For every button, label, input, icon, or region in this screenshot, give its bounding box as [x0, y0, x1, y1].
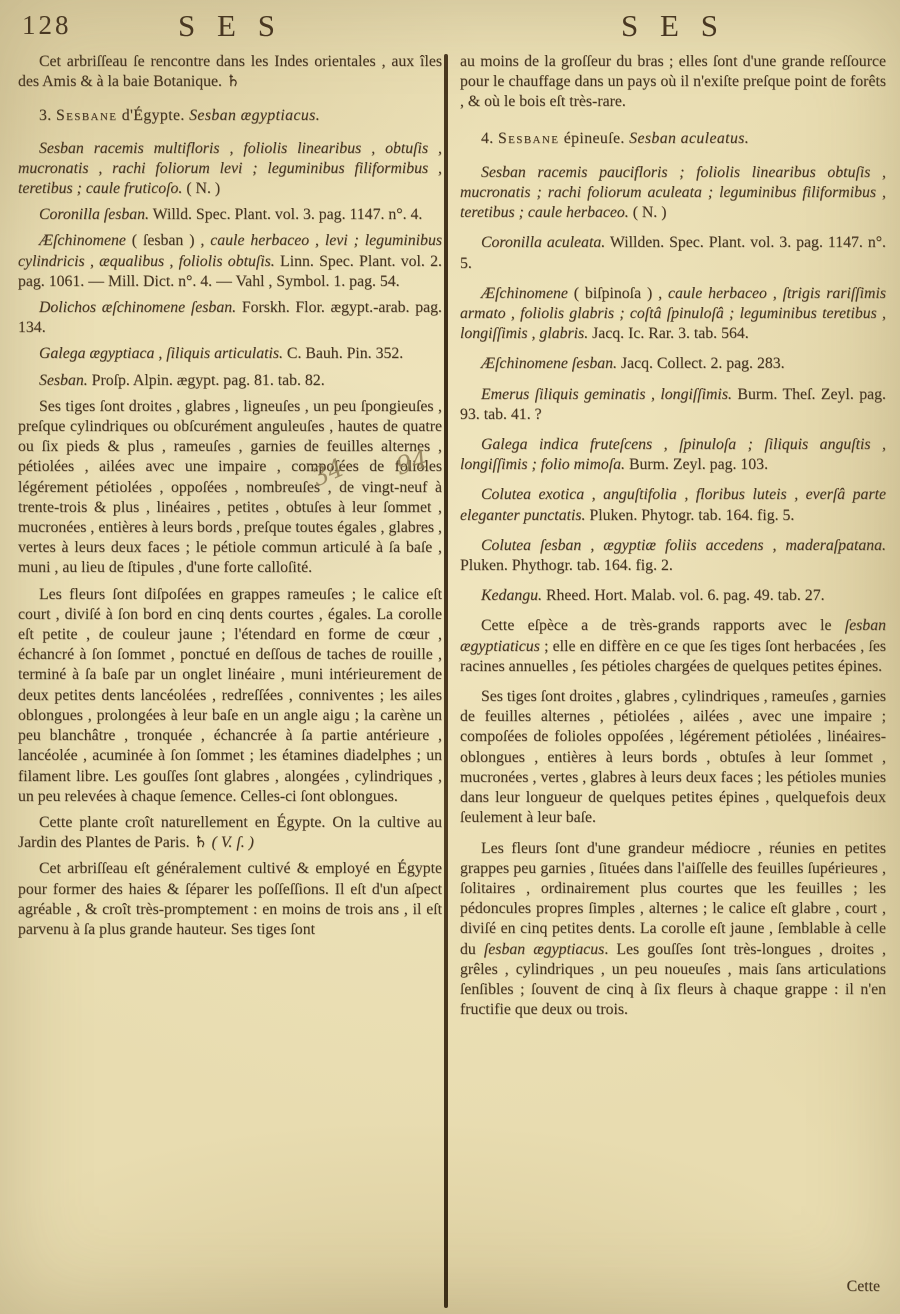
- text-segment: Sesbane: [498, 130, 559, 147]
- text-segment: Cet arbriſſeau ſe rencontre dans les Ind…: [18, 53, 442, 90]
- paragraph: Æſchinomene ( biſpinoſa ) , caule herbac…: [460, 284, 886, 345]
- species-heading: 3. Sesbane d'Égypte. Sesban ægyptiacus.: [18, 106, 442, 126]
- species-heading: 4. Sesbane épineuſe. Sesban aculeatus.: [460, 129, 886, 149]
- text-segment: Pluken. Phytogr. tab. 164. fig. 5.: [585, 507, 794, 524]
- paragraph: Æſchinomene ( ſesban ) , caule herbaceo …: [18, 231, 442, 292]
- text-segment: Sesban ægyptiacus.: [189, 107, 320, 124]
- paragraph: au moins de la groſſeur du bras ; elles …: [460, 52, 886, 113]
- text-segment: 3.: [39, 107, 56, 124]
- catchword: Cette: [460, 1278, 880, 1296]
- text-segment: Æſchinomene ſesban.: [481, 355, 617, 372]
- text-segment: Jacq. Ic. Rar. 3. tab. 564.: [588, 325, 749, 342]
- text-segment: Cet arbriſſeau eſt généralement cultivé …: [18, 860, 442, 938]
- text-segment: C. Bauh. Pin. 352.: [283, 345, 403, 362]
- left-column: Cet arbriſſeau ſe rencontre dans les Ind…: [18, 52, 442, 946]
- text-segment: ( V. ſ. ): [212, 834, 254, 851]
- text-segment: ( ſesban ): [132, 232, 195, 249]
- text-segment: Willd. Spec. Plant. vol. 3. pag. 1147. n…: [149, 206, 422, 223]
- text-segment: ( N. ): [186, 180, 220, 197]
- text-segment: Emerus ſiliquis geminatis , longiſſimis.: [481, 386, 732, 403]
- text-segment: Sesban racemis paucifloris ; foliolis li…: [460, 164, 886, 221]
- text-segment: au moins de la groſſeur du bras ; elles …: [460, 53, 886, 110]
- running-title-right: S E S: [460, 8, 886, 44]
- paragraph: Dolichos æſchinomene ſesban. Forskh. Flo…: [18, 298, 442, 338]
- text-segment: Cette eſpèce a de très-grands rapports a…: [481, 617, 845, 634]
- paragraph: Les fleurs ſont d'une grandeur médiocre …: [460, 839, 886, 1021]
- text-segment: Dolichos æſchinomene ſesban.: [39, 299, 236, 316]
- paragraph: Sesban racemis multifloris , foliolis li…: [18, 139, 442, 200]
- text-segment: d'Égypte.: [117, 107, 189, 124]
- text-segment: Proſp. Alpin. ægypt. pag. 81. tab. 82.: [88, 372, 325, 389]
- text-segment: ſesban ægyptiacus: [484, 941, 604, 958]
- paragraph: Les fleurs ſont diſpoſées en grappes ram…: [18, 585, 442, 807]
- paragraph: Colutea exotica , anguſtifolia , floribu…: [460, 485, 886, 525]
- paragraph: Ses tiges ſont droites , glabres , cylin…: [460, 687, 886, 828]
- text-segment: Coronilla aculeata.: [481, 234, 605, 251]
- paragraph: Emerus ſiliquis geminatis , longiſſimis.…: [460, 385, 886, 425]
- paragraph: Cet arbriſſeau eſt généralement cultivé …: [18, 859, 442, 940]
- text-segment: ( biſpinoſa ): [574, 285, 652, 302]
- text-segment: Kedangu.: [481, 587, 542, 604]
- paragraph: Coronilla aculeata. Willden. Spec. Plant…: [460, 233, 886, 273]
- paragraph: Galega ægyptiaca , ſiliquis articulatis.…: [18, 344, 442, 364]
- text-segment: Ses tiges ſont droites , glabres , ligne…: [18, 398, 442, 577]
- text-segment: Coronilla ſesban.: [39, 206, 149, 223]
- paragraph: Sesban. Proſp. Alpin. ægypt. pag. 81. ta…: [18, 371, 442, 391]
- text-segment: Æſchinomene: [481, 285, 574, 302]
- paragraph: Cette eſpèce a de très-grands rapports a…: [460, 616, 886, 677]
- right-column: au moins de la groſſeur du bras ; elles …: [460, 52, 886, 1030]
- text-segment: ( N. ): [633, 204, 667, 221]
- text-segment: 4.: [481, 130, 498, 147]
- text-segment: Sesban.: [39, 372, 88, 389]
- paragraph: Coronilla ſesban. Willd. Spec. Plant. vo…: [18, 205, 442, 225]
- text-segment: épineuſe.: [559, 130, 629, 147]
- paragraph: Colutea ſesban , ægyptiæ foliis accedens…: [460, 536, 886, 576]
- paragraph: Cette plante croît naturellement en Égyp…: [18, 813, 442, 853]
- running-title-left: S E S: [18, 8, 442, 44]
- paragraph: Ses tiges ſont droites , glabres , ligne…: [18, 397, 442, 579]
- text-segment: Ses tiges ſont droites , glabres , cylin…: [460, 688, 886, 826]
- paragraph: Galega indica fruteſcens , ſpinuloſa ; ſ…: [460, 435, 886, 475]
- text-segment: Burm. Zeyl. pag. 103.: [625, 456, 768, 473]
- text-segment: Jacq. Collect. 2. pag. 283.: [617, 355, 785, 372]
- column-divider: [444, 54, 448, 1308]
- paragraph: Sesban racemis paucifloris ; foliolis li…: [460, 163, 886, 224]
- text-segment: Colutea ſesban , ægyptiæ foliis accedens…: [481, 537, 886, 554]
- page: { "page": { "number": "128", "header_lef…: [0, 0, 900, 1314]
- text-segment: Sesban racemis multifloris , foliolis li…: [18, 140, 442, 197]
- text-segment: Pluken. Phythogr. tab. 164. fig. 2.: [460, 557, 673, 574]
- paragraph: Æſchinomene ſesban. Jacq. Collect. 2. pa…: [460, 354, 886, 374]
- text-segment: Rheed. Hort. Malab. vol. 6. pag. 49. tab…: [542, 587, 825, 604]
- text-segment: Æſchinomene: [39, 232, 132, 249]
- text-segment: Sesban aculeatus.: [629, 130, 749, 147]
- text-segment: Sesbane: [56, 107, 117, 124]
- text-segment: Galega ægyptiaca , ſiliquis articulatis.: [39, 345, 283, 362]
- paragraph: Kedangu. Rheed. Hort. Malab. vol. 6. pag…: [460, 586, 886, 606]
- text-segment: Les fleurs ſont diſpoſées en grappes ram…: [18, 586, 442, 805]
- paragraph: Cet arbriſſeau ſe rencontre dans les Ind…: [18, 52, 442, 92]
